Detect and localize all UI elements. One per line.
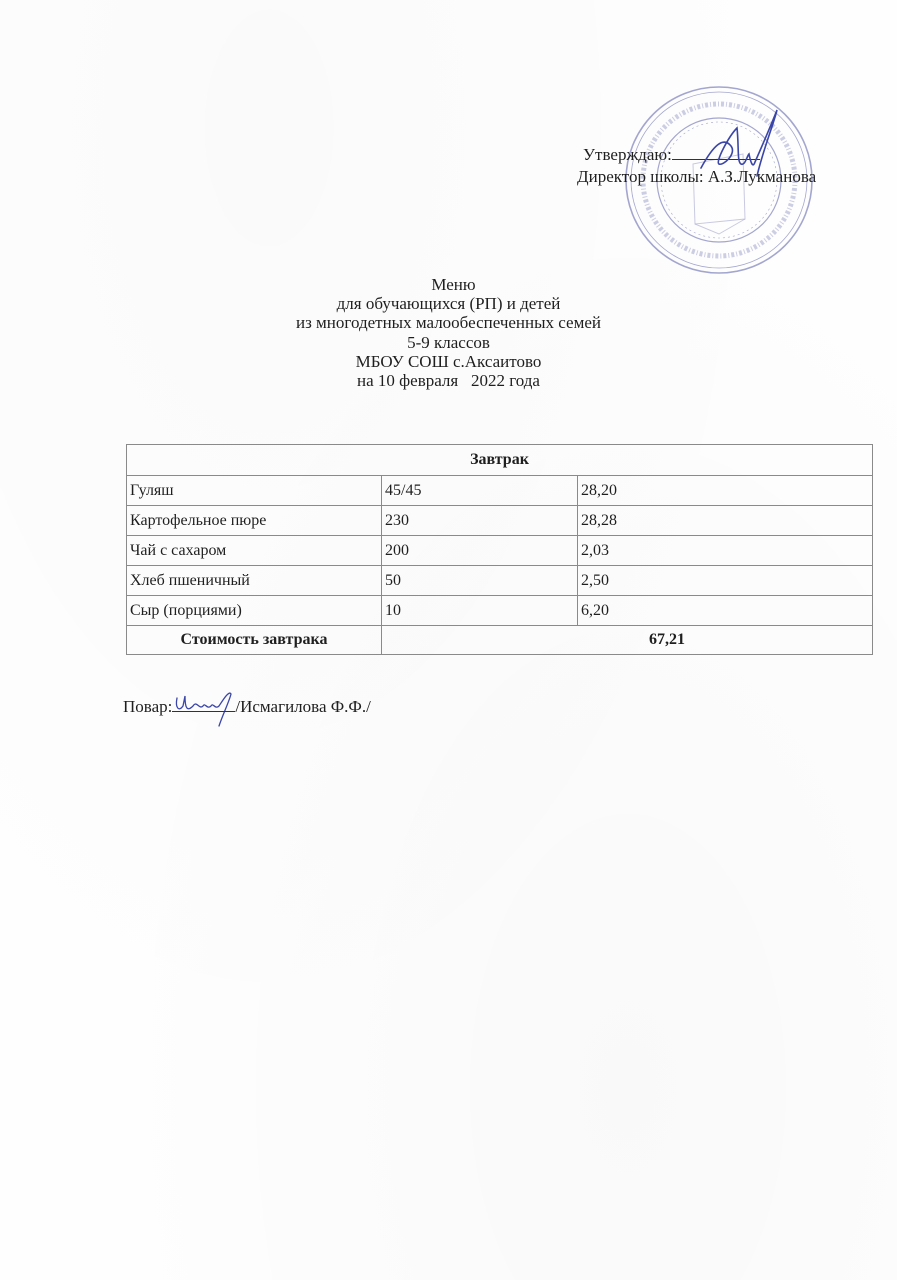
dish-price: 2,03 xyxy=(578,536,873,566)
total-label: Стоимость завтрака xyxy=(127,626,382,655)
section-title: Завтрак xyxy=(127,445,873,476)
dish-weight: 50 xyxy=(382,566,578,596)
cook-signature-line xyxy=(172,697,235,712)
cook-block: Повар:/Исмагилова Ф.Ф./ xyxy=(123,697,371,717)
table-row: Хлеб пшеничный 50 2,50 xyxy=(127,566,873,596)
menu-table: Завтрак Гуляш 45/45 28,20 Картофельное п… xyxy=(126,444,873,655)
document-title: Меню для обучающихся (РП) и детей из мно… xyxy=(0,275,897,390)
title-line-4: 5-9 классов xyxy=(0,333,897,352)
table-row: Гуляш 45/45 28,20 xyxy=(127,476,873,506)
table-row: Чай с сахаром 200 2,03 xyxy=(127,536,873,566)
title-line-5: МБОУ СОШ с.Аксаитово xyxy=(0,352,897,371)
dish-weight: 10 xyxy=(382,596,578,626)
dish-weight: 200 xyxy=(382,536,578,566)
title-line-6: на 10 февраля 2022 года xyxy=(0,371,897,390)
title-line-3: из многодетных малообеспеченных семей xyxy=(0,313,897,332)
dish-price: 28,28 xyxy=(578,506,873,536)
dish-price: 28,20 xyxy=(578,476,873,506)
document-page: Утверждаю: Директор школы: А.З.Лукманова… xyxy=(0,0,897,1280)
cook-label: Повар: xyxy=(123,697,172,716)
dish-weight: 45/45 xyxy=(382,476,578,506)
title-line-1: Меню xyxy=(10,275,897,294)
total-row: Стоимость завтрака 67,21 xyxy=(127,626,873,655)
dish-name: Картофельное пюре xyxy=(127,506,382,536)
table-row: Сыр (порциями) 10 6,20 xyxy=(127,596,873,626)
dish-name: Чай с сахаром xyxy=(127,536,382,566)
cook-name: /Исмагилова Ф.Ф./ xyxy=(235,697,370,716)
director-signature-icon xyxy=(693,106,783,186)
dish-weight: 230 xyxy=(382,506,578,536)
total-value: 67,21 xyxy=(382,626,873,655)
table-header-row: Завтрак xyxy=(127,445,873,476)
title-line-2: для обучающихся (РП) и детей xyxy=(0,294,897,313)
dish-name: Сыр (порциями) xyxy=(127,596,382,626)
dish-price: 2,50 xyxy=(578,566,873,596)
dish-name: Хлеб пшеничный xyxy=(127,566,382,596)
approve-label: Утверждаю: xyxy=(583,145,672,164)
dish-name: Гуляш xyxy=(127,476,382,506)
dish-price: 6,20 xyxy=(578,596,873,626)
table-row: Картофельное пюре 230 28,28 xyxy=(127,506,873,536)
